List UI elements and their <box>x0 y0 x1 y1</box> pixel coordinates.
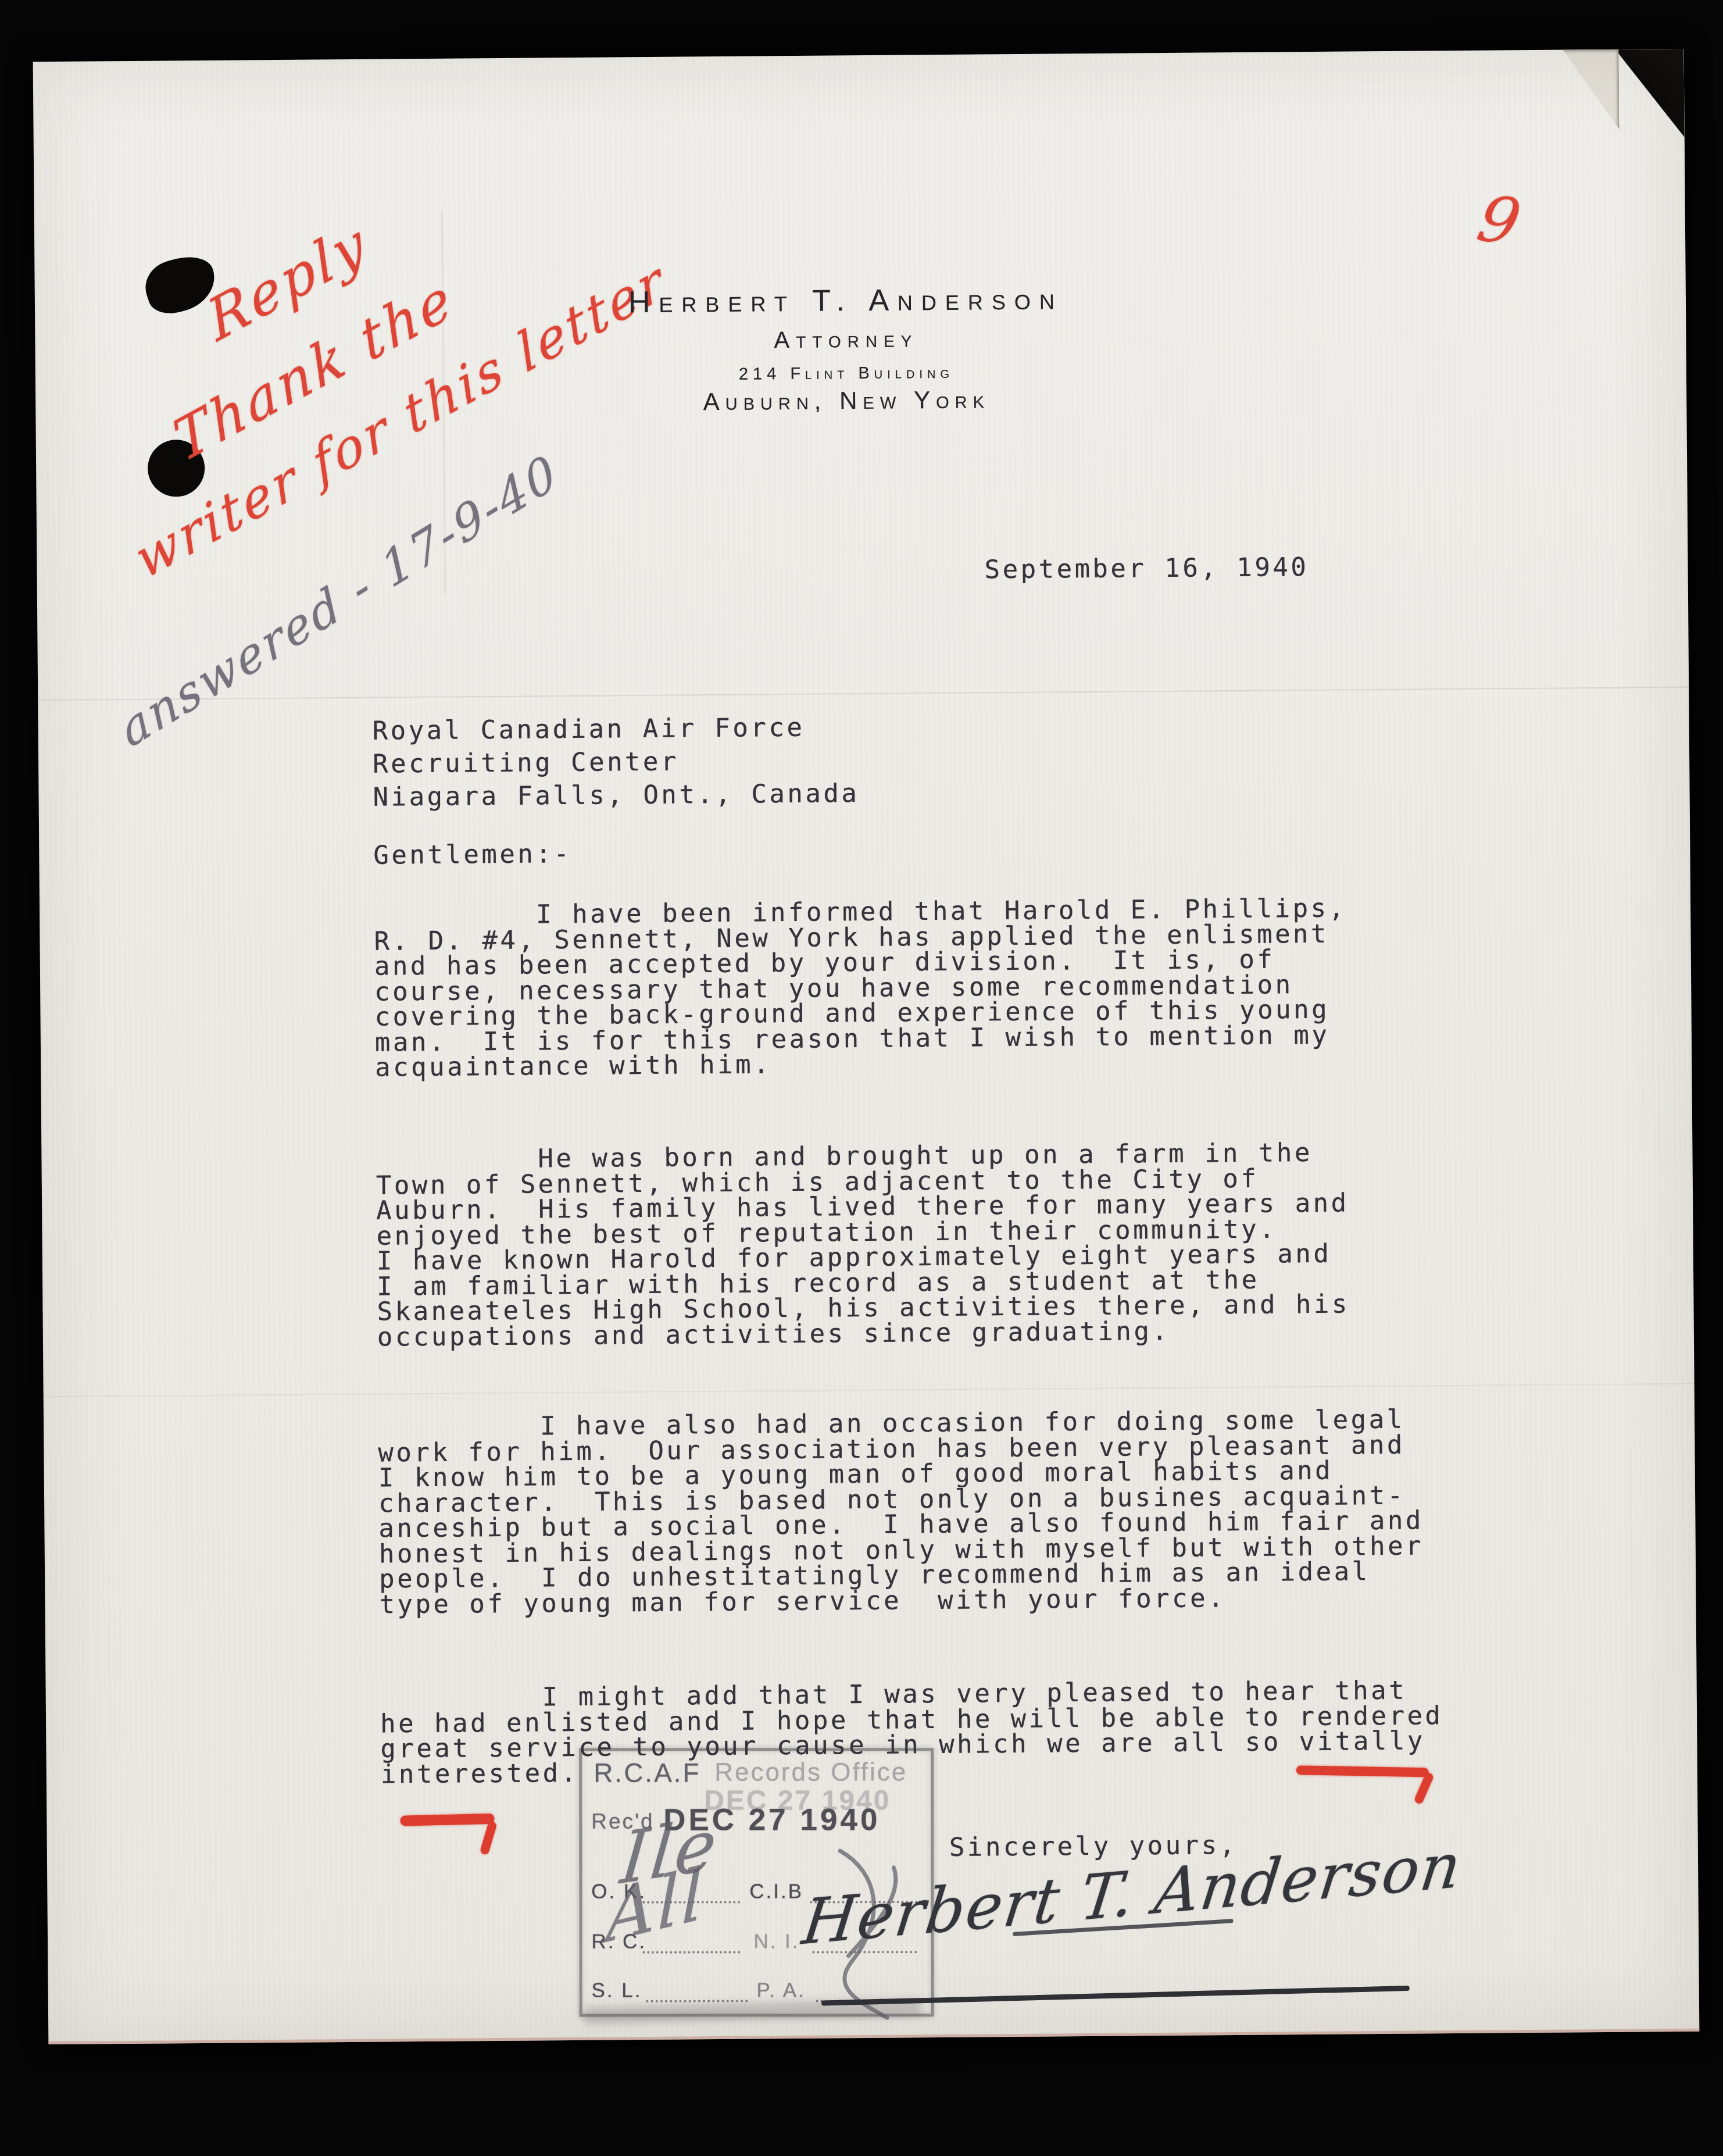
paragraph-1: I have been informed that Harold E. Phil… <box>374 896 1348 1081</box>
folded-corner-cutout <box>1615 49 1685 138</box>
scanned-letter-screenshot: 9 Reply Thank the writer for this letter… <box>0 0 1723 2156</box>
paragraph-3: I have also had an occasion for doing so… <box>378 1407 1424 1618</box>
red-page-number: 9 <box>1471 183 1530 259</box>
letterhead-address-building: 214 Flint Building <box>556 362 1137 385</box>
letter-date: September 16, 1940 <box>984 555 1309 583</box>
fold-crease-lower <box>44 1383 1695 1398</box>
stamp-sl-leader <box>646 2000 748 2002</box>
stamp-pa-label: P. A. <box>756 1979 805 2002</box>
stamp-rc-leader <box>642 1951 740 1954</box>
stamp-cib-label: C.I.B <box>749 1880 803 1903</box>
recipient-address: Royal Canadian Air Force Recruiting Cent… <box>372 711 859 814</box>
red-mark-interested-tail <box>480 1821 498 1855</box>
folded-corner-flap <box>1563 49 1620 130</box>
stamp-ni-label: N. I. <box>753 1930 799 1953</box>
fold-crease-upper <box>38 687 1689 702</box>
paragraph-2: He was born and brought up on a farm in … <box>376 1140 1350 1350</box>
red-mark-interested <box>400 1814 494 1826</box>
stamp-office-faint: Records Office <box>714 1758 907 1787</box>
letterhead-name: Herbert T. Anderson <box>555 281 1136 320</box>
stamp-sl-label: S. L. <box>591 1979 642 2002</box>
stamp-office-strong: R.C.A.F <box>594 1757 701 1789</box>
salutation: Gentlemen:- <box>373 841 571 868</box>
letterhead-title: Attorney <box>555 324 1136 355</box>
letter-paper: 9 Reply Thank the writer for this letter… <box>33 49 1700 2044</box>
letterhead-address-city: Auburn, New York <box>556 384 1137 417</box>
